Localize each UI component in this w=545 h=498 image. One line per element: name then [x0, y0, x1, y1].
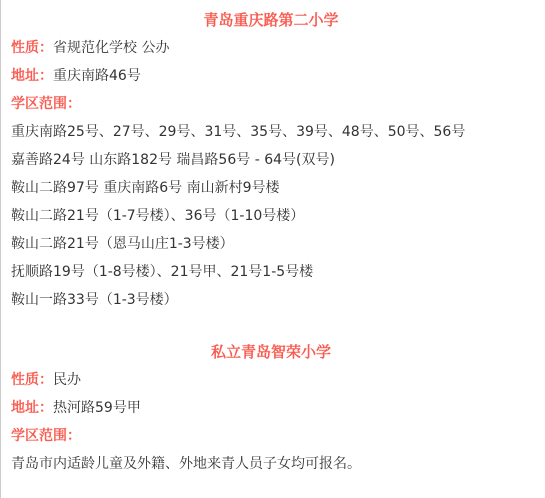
nature-label: 性质： — [11, 40, 53, 56]
school-district-document: 青岛重庆路第二小学 性质：省规范化学校 公办 地址：重庆南路46号 学区范围： … — [0, 0, 545, 498]
address-value: 重庆南路46号 — [53, 68, 141, 84]
district-line: 重庆南路25号、27号、29号、31号、35号、39号、48号、50号、56号 — [11, 118, 531, 146]
school-title: 私立青岛智荣小学 — [11, 338, 531, 366]
district-label: 学区范围： — [11, 428, 81, 444]
district-line: 青岛市内适龄儿童及外籍、外地来青人员子女均可报名。 — [11, 450, 531, 478]
address-value: 热河路59号甲 — [53, 400, 141, 416]
school-section-2: 私立青岛智荣小学 性质：民办 地址：热河路59号甲 学区范围： 青岛市内适龄儿童… — [11, 338, 531, 478]
section-divider-space — [11, 314, 531, 338]
nature-label: 性质： — [11, 372, 53, 388]
district-line: 嘉善路24号 山东路182号 瑞昌路56号 - 64号(双号) — [11, 146, 531, 174]
nature-row: 性质：民办 — [11, 366, 531, 394]
district-line: 鞍山二路21号（1-7号楼）、36号（1-10号楼） — [11, 202, 531, 230]
district-line: 鞍山一路33号（1-3号楼） — [11, 286, 531, 314]
school-section-1: 青岛重庆路第二小学 性质：省规范化学校 公办 地址：重庆南路46号 学区范围： … — [11, 6, 531, 314]
district-label: 学区范围： — [11, 96, 81, 112]
address-row: 地址：重庆南路46号 — [11, 62, 531, 90]
address-row: 地址：热河路59号甲 — [11, 394, 531, 422]
nature-value: 民办 — [53, 372, 81, 388]
nature-value: 省规范化学校 公办 — [53, 40, 169, 56]
district-header-row: 学区范围： — [11, 422, 531, 450]
district-line: 鞍山二路97号 重庆南路6号 南山新村9号楼 — [11, 174, 531, 202]
school-title: 青岛重庆路第二小学 — [11, 6, 531, 34]
district-header-row: 学区范围： — [11, 90, 531, 118]
district-line: 鞍山二路21号（恩马山庄1-3号楼） — [11, 230, 531, 258]
nature-row: 性质：省规范化学校 公办 — [11, 34, 531, 62]
district-line: 抚顺路19号（1-8号楼）、21号甲、21号1-5号楼 — [11, 258, 531, 286]
address-label: 地址： — [11, 400, 53, 416]
address-label: 地址： — [11, 68, 53, 84]
